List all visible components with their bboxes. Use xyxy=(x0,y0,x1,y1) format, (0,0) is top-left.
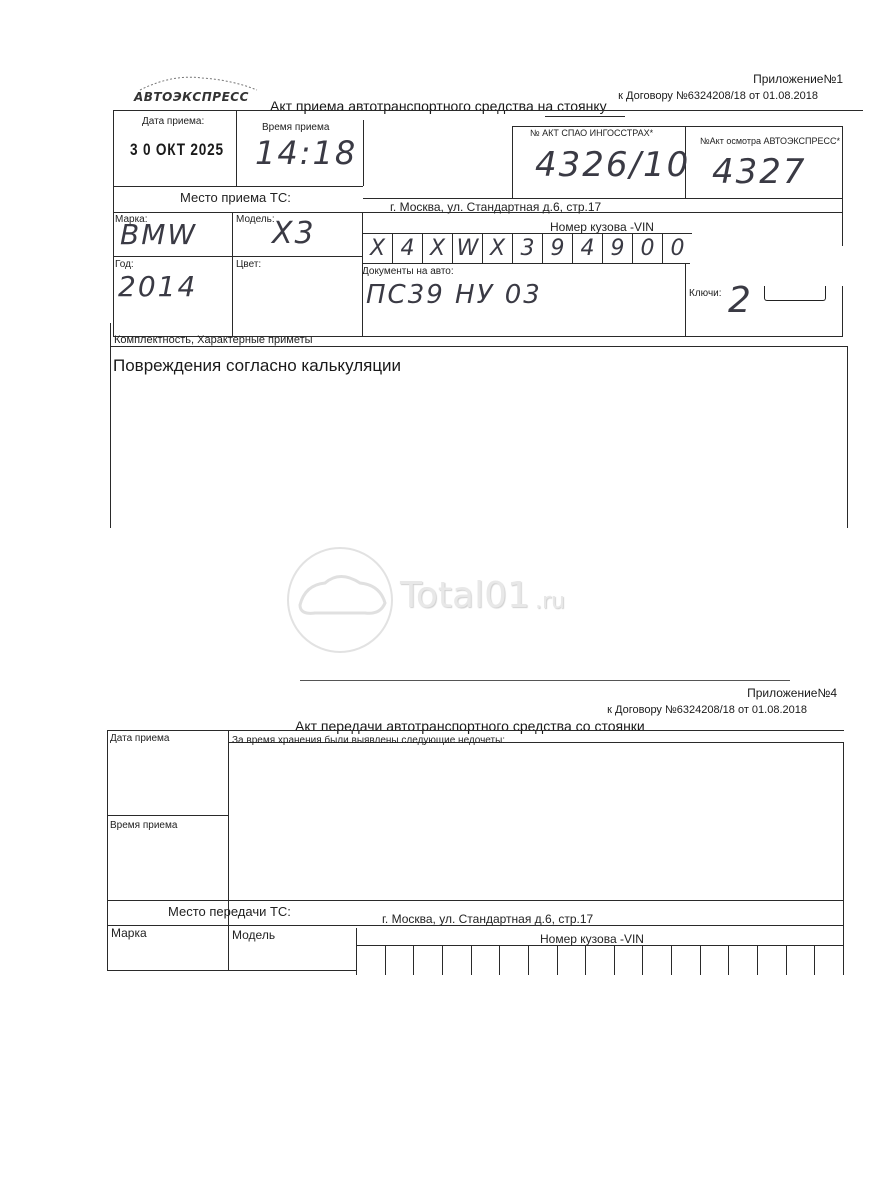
year-value[interactable]: 2014 xyxy=(118,270,197,303)
year-label: Год: xyxy=(115,259,134,270)
location-label: Место приема ТС: xyxy=(180,190,291,205)
form1-title: Акт приема автотранспортного средства на… xyxy=(270,98,607,114)
location-value-4: г. Москва, ул. Стандартная д.6, стр.17 xyxy=(382,912,593,926)
autoexpress-act-label: №Акт осмотра АВТОЭКСПРЕСС* xyxy=(700,136,840,146)
vin-cell[interactable]: 0 xyxy=(632,233,662,263)
vin-cells-4 xyxy=(356,945,843,975)
location-label-4: Место передачи ТС: xyxy=(168,904,291,919)
vin-cell[interactable] xyxy=(413,945,442,975)
defects-label: За время хранения были выявлены следующи… xyxy=(232,735,505,746)
model-label: Модель: xyxy=(236,214,275,225)
make-label-4: Марка xyxy=(111,926,147,940)
appendix-number-4: Приложение№4 xyxy=(747,686,837,700)
model-value[interactable]: X3 xyxy=(272,216,316,251)
redacted-region xyxy=(690,246,870,286)
vin-cell[interactable]: X xyxy=(422,233,452,263)
car-roof-icon xyxy=(132,72,262,92)
vin-cell[interactable] xyxy=(528,945,557,975)
keys-value[interactable]: 2 xyxy=(728,280,753,321)
docs-value[interactable]: ПС39 НУ 03 xyxy=(366,280,542,310)
vin-cell[interactable] xyxy=(642,945,671,975)
car-logo-icon xyxy=(285,545,395,655)
title-underline xyxy=(545,116,625,117)
vin-cell[interactable]: 3 xyxy=(512,233,542,263)
keys-label: Ключи: xyxy=(689,288,722,299)
vin-cell[interactable]: 0 xyxy=(662,233,692,263)
vin-cell[interactable] xyxy=(757,945,786,975)
form4-title: Акт передачи автотранспортного средства … xyxy=(295,718,645,734)
date-label-4: Дата приема xyxy=(110,733,169,744)
vin-cell[interactable] xyxy=(442,945,471,975)
contract-reference: к Договору №6324208/18 от 01.08.2018 xyxy=(618,90,818,102)
vin-cell[interactable]: 4 xyxy=(572,233,602,263)
vin-cell[interactable] xyxy=(786,945,815,975)
vin-cell[interactable]: 4 xyxy=(392,233,422,263)
vin-cell[interactable] xyxy=(814,945,843,975)
make-value[interactable]: BMW xyxy=(120,218,197,251)
vin-cell[interactable] xyxy=(671,945,700,975)
model-label-4: Модель xyxy=(232,928,275,942)
vin-cell[interactable] xyxy=(385,945,414,975)
vin-cell[interactable] xyxy=(557,945,586,975)
vin-cell[interactable] xyxy=(614,945,643,975)
equipment-value[interactable]: Повреждения согласно калькуляции xyxy=(113,356,401,376)
vin-cell[interactable]: 9 xyxy=(542,233,572,263)
keys-box xyxy=(764,286,826,301)
vin-label-4: Номер кузова -VIN xyxy=(540,932,644,946)
defects-field[interactable] xyxy=(232,752,837,902)
appendix-number: Приложение№1 xyxy=(753,72,843,86)
vin-cell[interactable] xyxy=(700,945,729,975)
date-stamp: 3 0 ОКТ 2025 xyxy=(130,140,224,160)
vin-cell[interactable] xyxy=(728,945,757,975)
vin-cells: X4XWX394900 xyxy=(362,233,692,263)
vin-cell[interactable]: X xyxy=(362,233,392,263)
vin-label: Номер кузова -VIN xyxy=(550,220,654,234)
docs-label: Документы на авто: xyxy=(362,266,454,277)
watermark: Total01 .ru xyxy=(285,545,605,665)
time-value[interactable]: 14:18 xyxy=(255,134,357,172)
color-label: Цвет: xyxy=(236,259,261,270)
vin-cell[interactable]: X xyxy=(482,233,512,263)
contract-reference-4: к Договору №6324208/18 от 01.08.2018 xyxy=(607,704,807,716)
vin-cell[interactable]: W xyxy=(452,233,482,263)
ingos-act-value[interactable]: 4326/10 xyxy=(535,145,690,185)
ingos-act-label: № АКТ СПАО ИНГОССТРАХ* xyxy=(530,128,653,138)
vin-cell[interactable] xyxy=(585,945,614,975)
autoexpress-logo: АВТОЭКСПРЕСС xyxy=(132,72,262,108)
vin-cell[interactable]: 9 xyxy=(602,233,632,263)
time-label-4: Время приема xyxy=(110,820,177,831)
vin-cell[interactable] xyxy=(356,945,385,975)
time-label: Время приема xyxy=(262,122,329,133)
separator-line xyxy=(300,680,790,681)
vin-cell[interactable] xyxy=(499,945,528,975)
autoexpress-act-value[interactable]: 4327 xyxy=(712,152,807,192)
vin-cell[interactable] xyxy=(471,945,500,975)
equipment-label: Комплектность, Характерные приметы xyxy=(114,334,313,346)
date-label: Дата приема: xyxy=(142,116,204,127)
